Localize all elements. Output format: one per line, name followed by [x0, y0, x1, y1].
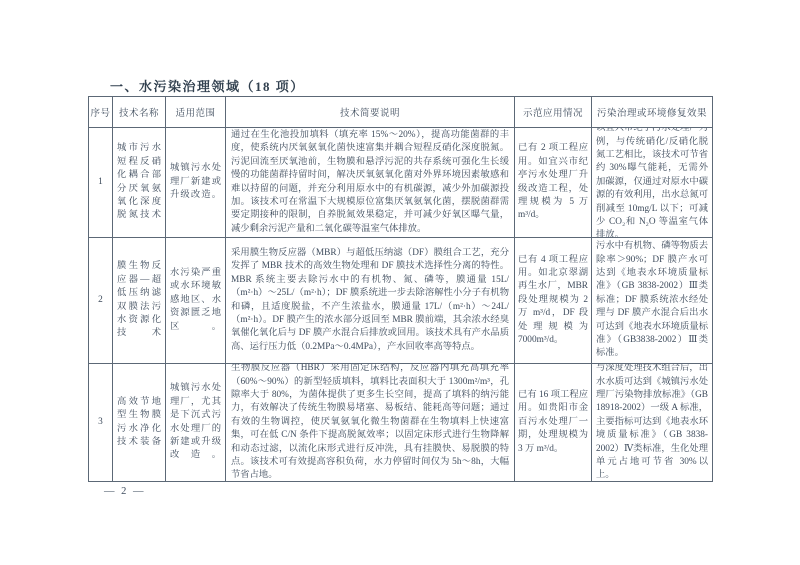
header-cell-scope: 适用范围	[166, 97, 226, 128]
cell-technical-description: 采用膜生物反应器（MBR）与超低压纳滤（DF）膜组合工艺，充分发挥了 MBR 技…	[226, 238, 515, 364]
header-cell-description: 技术简要说明	[226, 97, 515, 128]
cell-remediation-effect: 与深度处理技术组合后，出水水质可达到《城镇污水处理厂污染物排放标准》（GB 18…	[592, 364, 713, 482]
header-cell-name: 技术名称	[113, 97, 166, 128]
header-cell-demo: 示范应用情况	[515, 97, 592, 128]
cell-technology-name: 城市污水短程反硝化耦合部分厌氧氨氧化深度脱氮技术	[113, 128, 166, 238]
cell-applicable-scope: 水污染严重或水环境敏感地区、水资源匮乏地区。	[166, 238, 226, 364]
section-title: 一、水污染治理领域（18 项）	[110, 76, 305, 95]
cell-row-number: 2	[89, 238, 113, 364]
header-cell-effect: 污染治理或环境修复效果	[592, 97, 713, 128]
cell-demonstration-application: 已有 4 项工程应用。如北京翠湖再生水厂，MBR 段处理规模为 2 万 m³/d…	[515, 238, 592, 364]
cell-applicable-scope: 城镇污水处理厂新建或升级改造。	[166, 128, 226, 238]
cell-remediation-effect: 污水中有机物、磷等物质去除率＞90%；DF 膜产水可达到《地表水环境质量标准》（…	[592, 238, 713, 364]
header-cell-no: 序号	[89, 97, 113, 128]
document-page: 一、水污染治理领域（18 项） 序号 技术名称 适用范围 技术简要说明 示范应用…	[0, 0, 800, 565]
cell-remediation-effect: 以宜兴市纪亭污水处理厂为例，与传统硝化/反硝化脱氮工艺相比，该技术可节省约 30…	[592, 128, 713, 238]
cell-applicable-scope: 城镇污水处理厂，尤其是下沉式污水处理厂的新建或升级改造。	[166, 364, 226, 482]
cell-demonstration-application: 已有 2 项工程应用。如宜兴市纪亭污水处理厂升级改造工程，处理规模为 5 万 m…	[515, 128, 592, 238]
page-number: — 2 —	[104, 486, 146, 497]
cell-row-number: 1	[89, 128, 113, 238]
cell-row-number: 3	[89, 364, 113, 482]
cell-technical-description: 生物膜反应器（HBR）采用固定床结构，反应器内填充高填充率（60%～90%）的新…	[226, 364, 515, 482]
cell-technology-name: 高效节地型生物膜污水净化技术装备	[113, 364, 166, 482]
cell-technology-name: 膜生物反应器—超低压纳滤双膜法污水资源化技术	[113, 238, 166, 364]
cell-technical-description: 通过在生化池投加填料（填充率 15%～20%），提高功能菌群的丰度，使系统内厌氧…	[226, 128, 515, 238]
technology-table: 序号 技术名称 适用范围 技术简要说明 示范应用情况 污染治理或环境修复效果 1…	[88, 96, 713, 482]
cell-demonstration-application: 已有 16 项工程应用。如贵阳市金百污水处理厂一期，处理规模为 3 万 m³/d…	[515, 364, 592, 482]
